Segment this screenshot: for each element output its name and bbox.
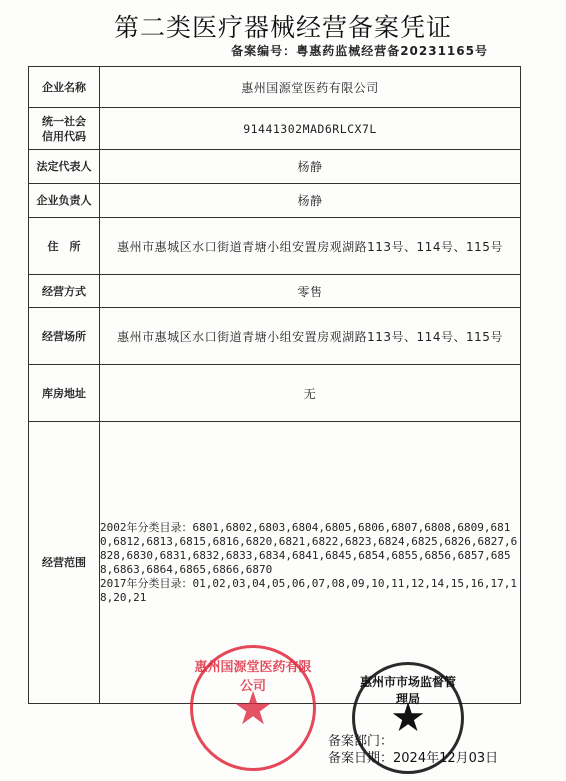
star-icon: ★: [390, 698, 426, 738]
business-scope: 2002年分类目录：6801,6802,6803,6804,6805,6806,…: [100, 422, 521, 704]
record-number-label: 备案编号：: [231, 44, 296, 58]
catalog-2017: 2017年分类目录：01,02,03,04,05,06,07,08,09,10,…: [100, 577, 520, 605]
table-row: 库房地址 无: [29, 365, 521, 422]
row-label: 经营方式: [29, 275, 100, 308]
row-label: 企业负责人: [29, 184, 100, 218]
row-label: 企业名称: [29, 67, 100, 108]
person-in-charge: 杨静: [100, 184, 521, 218]
warehouse-address: 无: [100, 365, 521, 422]
record-number-value: 粤惠药监械经营备20231165号: [296, 44, 488, 58]
legal-representative: 杨静: [100, 150, 521, 184]
row-label: 统一社会信用代码: [29, 108, 100, 150]
catalog-2002: 2002年分类目录：6801,6802,6803,6804,6805,6806,…: [100, 521, 520, 577]
footer: 备案部门： 备案日期：2024年12月03日: [328, 733, 498, 767]
table-row: 经营场所 惠州市惠城区水口街道青塘小组安置房观湖路113号、114号、115号: [29, 308, 521, 365]
row-label: 住 所: [29, 218, 100, 275]
row-label: 法定代表人: [29, 150, 100, 184]
business-premises: 惠州市惠城区水口街道青塘小组安置房观湖路113号、114号、115号: [100, 308, 521, 365]
certificate-table: 企业名称 惠州国源堂医药有限公司 统一社会信用代码 91441302MAD6RL…: [28, 66, 521, 704]
table-row: 企业名称 惠州国源堂医药有限公司: [29, 67, 521, 108]
row-label: 经营范围: [29, 422, 100, 704]
table-row: 统一社会信用代码 91441302MAD6RLCX7L: [29, 108, 521, 150]
document-title: 第二类医疗器械经营备案凭证: [0, 8, 566, 44]
filing-date: 备案日期：2024年12月03日: [328, 750, 498, 767]
table-row: 经营范围 2002年分类目录：6801,6802,6803,6804,6805,…: [29, 422, 521, 704]
table-row: 住 所 惠州市惠城区水口街道青塘小组安置房观湖路113号、114号、115号: [29, 218, 521, 275]
table-row: 经营方式 零售: [29, 275, 521, 308]
row-label: 经营场所: [29, 308, 100, 365]
filing-department: 备案部门：: [328, 733, 498, 750]
company-name: 惠州国源堂医药有限公司: [100, 67, 521, 108]
table-row: 法定代表人 杨静: [29, 150, 521, 184]
table-row: 企业负责人 杨静: [29, 184, 521, 218]
credit-code: 91441302MAD6RLCX7L: [100, 108, 521, 150]
row-label: 库房地址: [29, 365, 100, 422]
record-number: 备案编号：粤惠药监械经营备20231165号: [231, 42, 488, 59]
business-mode: 零售: [100, 275, 521, 308]
residence-address: 惠州市惠城区水口街道青塘小组安置房观湖路113号、114号、115号: [100, 218, 521, 275]
